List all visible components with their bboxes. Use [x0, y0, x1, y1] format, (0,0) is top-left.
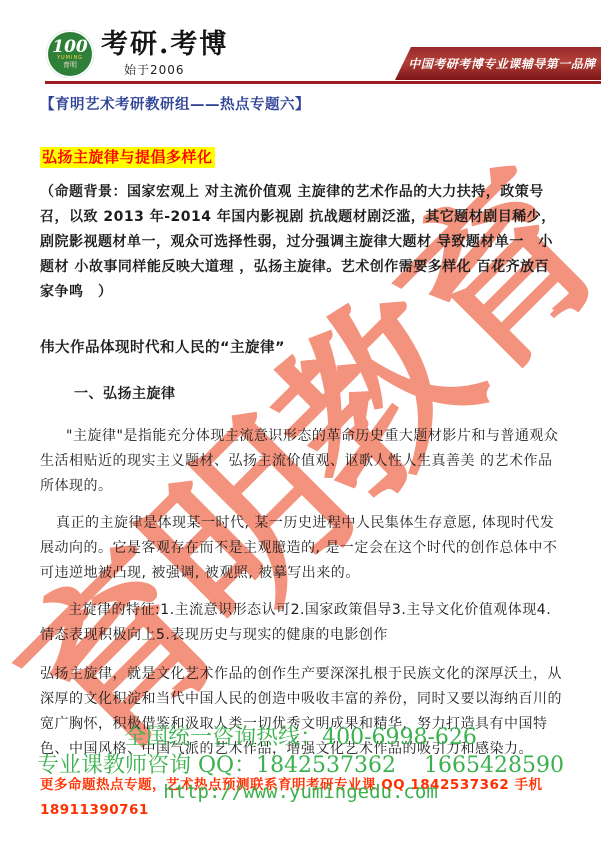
brand-title: 考研.考博	[101, 30, 228, 60]
document-page: 育明教育 100 YUMING 育明 考研.考博 始于2006 中国考研考博专业…	[0, 0, 601, 845]
paragraph-real-melody: 真正的主旋律是体现某一时代, 某一历史进程中人民集体生存意愿, 体现时代发展动向…	[40, 511, 562, 586]
logo-sub-text: 育明	[63, 61, 77, 69]
background-paragraph: （命题背景：国家宏观上 对主流价值观 主旋律的艺术作品的大力扶持，政策号召，以致…	[40, 180, 562, 305]
section-title: 【育明艺术考研教研组——热点专题六】	[40, 95, 562, 115]
brand-ribbon: 中国考研考博专业课辅导第一品牌	[395, 47, 601, 80]
paragraph-definition: "主旋律"是指能充分体现主流意识形态的革命历史重大题材影片和与普通观众生活相贴近…	[40, 424, 562, 499]
heading-great-works: 伟大作品体现时代和人民的“主旋律”	[40, 336, 562, 361]
footer: 全国统一咨询热线：400-6998-626 专业课教师咨询 QQ：1842537…	[0, 724, 601, 804]
footer-qq-line: 专业课教师咨询 QQ：1842537362 1665428590	[0, 752, 601, 780]
ribbon-slogan: 中国考研考博专业课辅导第一品牌	[408, 55, 596, 72]
yuming-logo-icon: 100 YUMING 育明	[46, 30, 94, 78]
brand-since: 始于2006	[124, 61, 185, 78]
paragraph-features: 主旋律的特征:1.主流意识形态认可2.国家政策倡导3.主导文化价值观体现4.情态…	[40, 598, 562, 648]
footer-hotline: 全国统一咨询热线：400-6998-626	[0, 724, 601, 752]
heading-promote-melody: 一、弘扬主旋律	[40, 382, 562, 407]
footer-website-link[interactable]: http://www.yumingedu.com	[163, 780, 438, 804]
header-divider	[45, 81, 601, 84]
highlighted-topic-title: 弘扬主旋律与提倡多样化	[40, 147, 215, 168]
document-content: 【育明艺术考研教研组——热点专题六】 弘扬主旋律与提倡多样化 （命题背景：国家宏…	[40, 95, 562, 823]
logo-100-text: 100	[52, 40, 88, 55]
